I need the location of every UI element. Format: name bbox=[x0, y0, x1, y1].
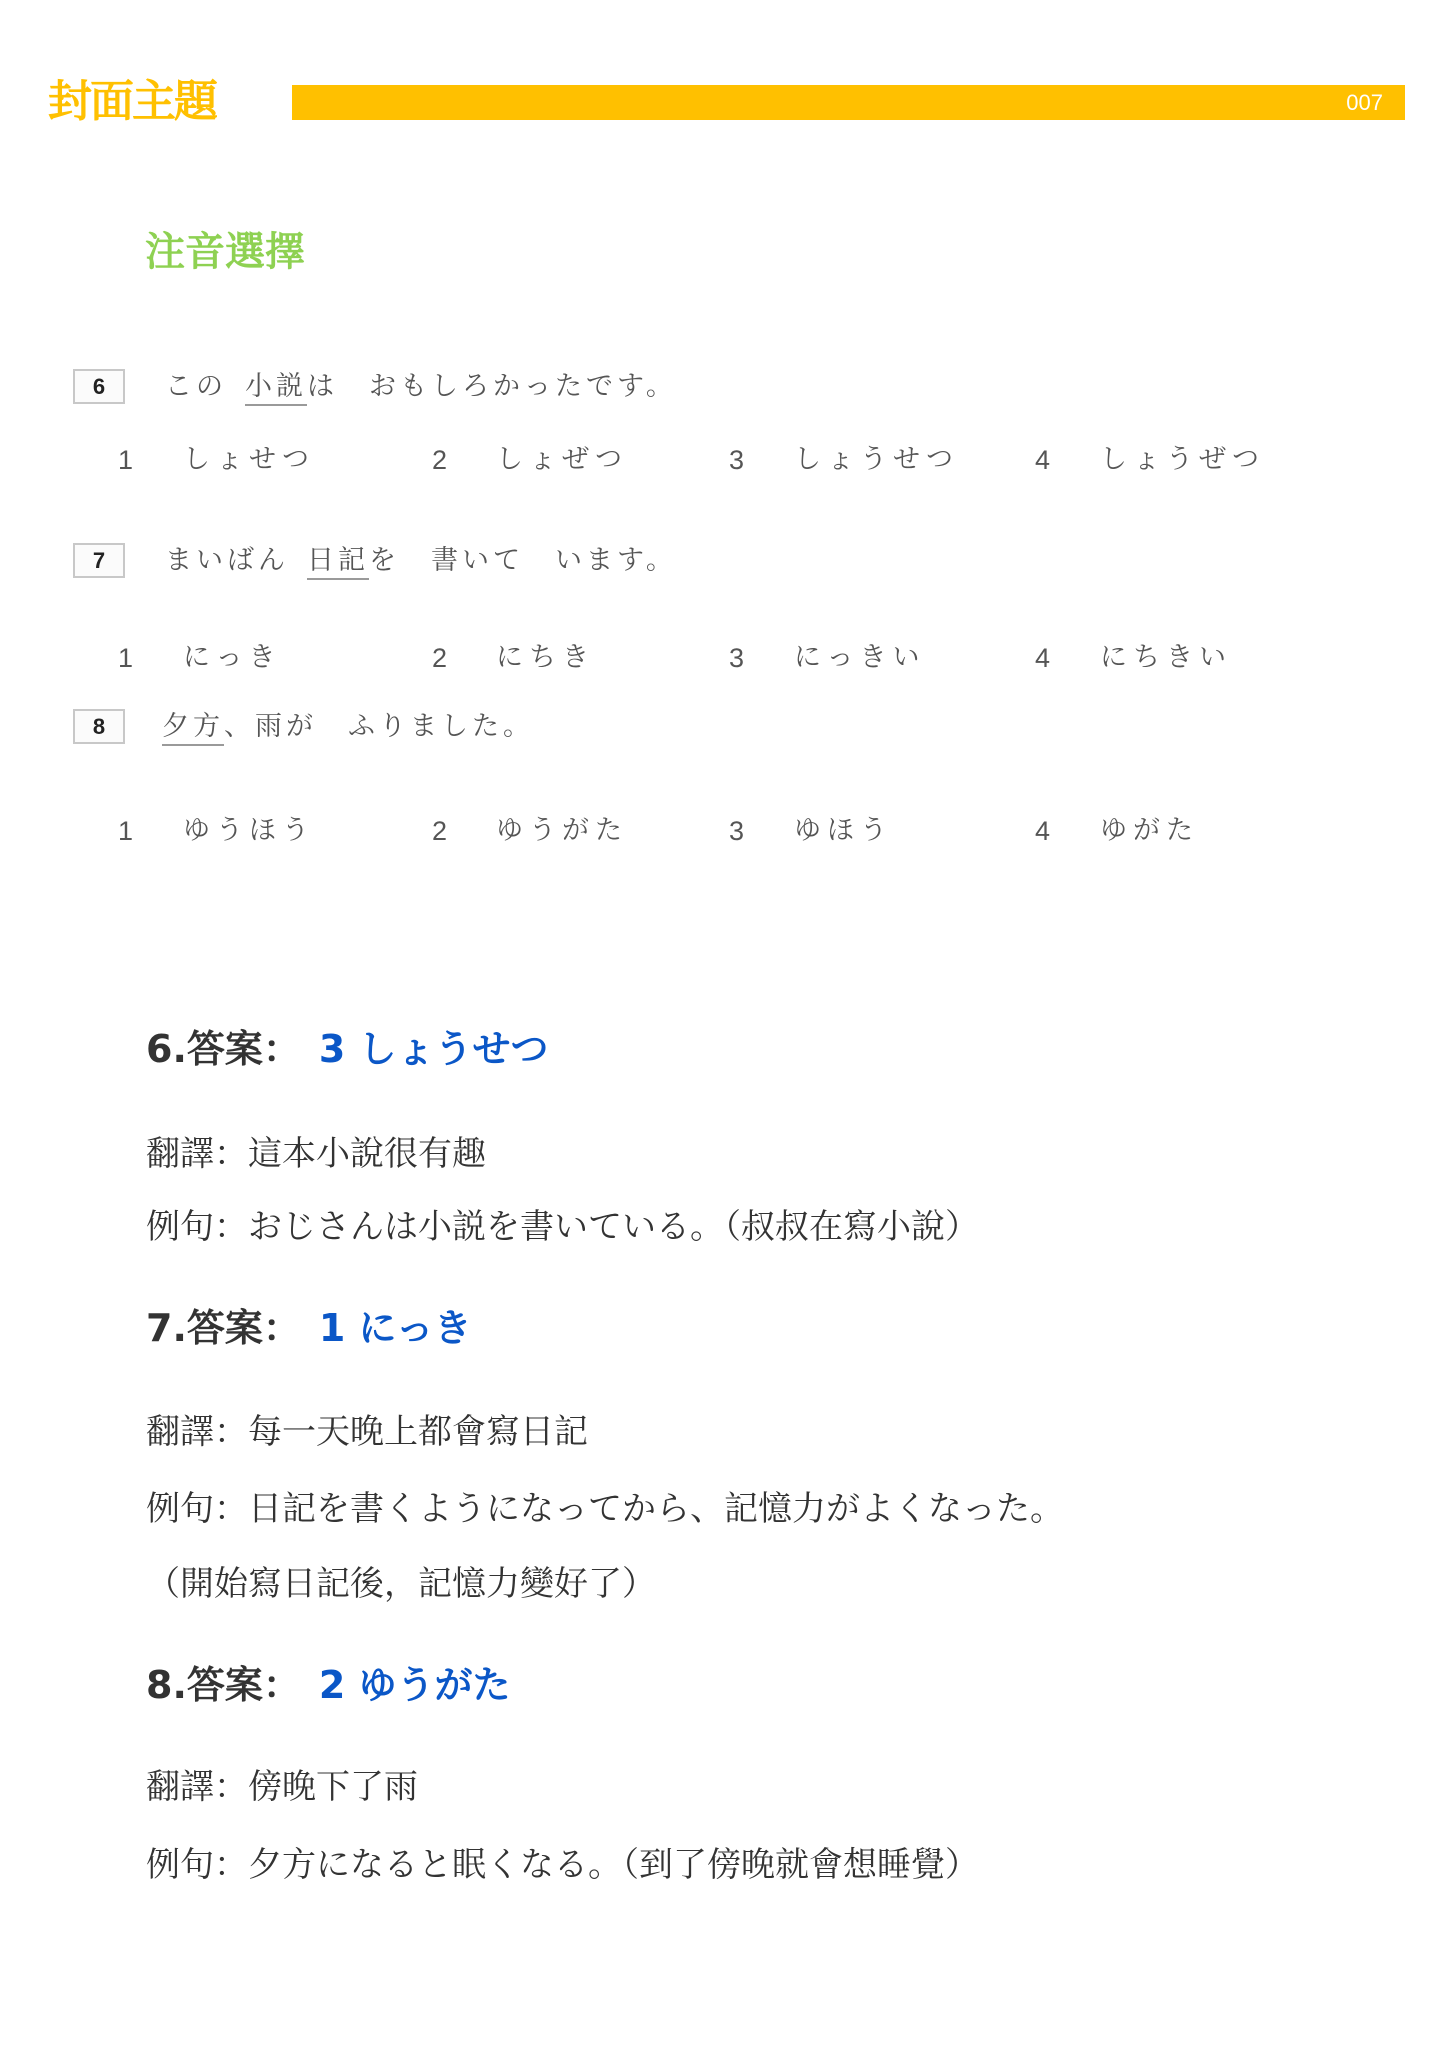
translation-line: 翻譯：傍晚下了雨 bbox=[146, 1765, 418, 1809]
option-text: ゆうほう bbox=[183, 813, 315, 849]
question-text-before: この bbox=[165, 371, 227, 402]
answer-value: 3 しょうせつ bbox=[319, 1027, 549, 1071]
question-text-before: まいばん bbox=[165, 545, 289, 576]
question-text-after: を 書いて います。 bbox=[369, 545, 677, 576]
example-sentence-line: 例句：おじさんは小説を書いている。（叔叔在寫小說） bbox=[146, 1205, 979, 1249]
example-sentence-line: 例句：夕方になると眠くなる。（到了傍晚就會想睡覺） bbox=[146, 1843, 979, 1887]
answer-label: 8.答案： bbox=[146, 1663, 301, 1707]
header-bar: 007 bbox=[292, 85, 1405, 120]
question-number-box: 8 bbox=[73, 709, 125, 744]
option-number: 3 bbox=[729, 813, 744, 849]
question-text-after: 、雨が ふりました。 bbox=[224, 711, 534, 742]
option-text: ゆうがた bbox=[496, 813, 628, 849]
answer-heading: 8.答案：2 ゆうがた bbox=[146, 1661, 511, 1709]
option-number: 3 bbox=[729, 640, 744, 676]
option-text: しょうぜつ bbox=[1100, 442, 1265, 478]
translation-line: 翻譯：這本小說很有趣 bbox=[146, 1132, 486, 1176]
example-sentence-line: 例句：日記を書くようになってから、記憶力がよくなった。 bbox=[146, 1487, 1064, 1531]
option-text: にっきい bbox=[794, 640, 925, 676]
option-number: 1 bbox=[118, 813, 133, 849]
example-translation-line: （開始寫日記後，記憶力變好了） bbox=[146, 1562, 656, 1606]
question-text: 夕方、雨が ふりました。 bbox=[162, 709, 534, 745]
answer-label: 7.答案： bbox=[146, 1306, 301, 1350]
answer-value: 1 にっき bbox=[319, 1306, 472, 1350]
question-number-box: 7 bbox=[73, 543, 125, 578]
question-underlined-word: 夕方 bbox=[162, 711, 224, 746]
question-underlined-word: 日記 bbox=[307, 545, 369, 580]
answer-heading: 7.答案：1 にっき bbox=[146, 1304, 472, 1352]
option-number: 2 bbox=[432, 813, 447, 849]
question-text: まいばん日記を 書いて います。 bbox=[165, 543, 677, 579]
question-text-after: は おもしろかったです。 bbox=[307, 371, 677, 402]
option-number: 1 bbox=[118, 442, 133, 478]
option-number: 4 bbox=[1035, 442, 1050, 478]
option-text: にちき bbox=[496, 640, 595, 676]
option-text: にちきい bbox=[1100, 640, 1232, 676]
option-text: にっき bbox=[183, 640, 281, 676]
option-text: しょうせつ bbox=[794, 442, 959, 478]
option-number: 1 bbox=[118, 640, 133, 676]
section-title: 封面主題 bbox=[48, 76, 216, 128]
option-text: ゆほう bbox=[794, 813, 893, 849]
option-number: 3 bbox=[729, 442, 744, 478]
option-number: 4 bbox=[1035, 640, 1050, 676]
option-number: 2 bbox=[432, 442, 447, 478]
answer-value: 2 ゆうがた bbox=[319, 1663, 511, 1707]
option-text: しょぜつ bbox=[496, 442, 628, 478]
answer-heading: 6.答案：3 しょうせつ bbox=[146, 1025, 549, 1073]
option-number: 2 bbox=[432, 640, 447, 676]
subheading: 注音選擇 bbox=[145, 224, 305, 280]
question-text: この小説は おもしろかったです。 bbox=[165, 369, 677, 405]
question-underlined-word: 小説 bbox=[245, 371, 307, 406]
page-number: 007 bbox=[1346, 90, 1383, 116]
option-text: しょせつ bbox=[183, 442, 315, 478]
question-number-box: 6 bbox=[73, 369, 125, 404]
option-number: 4 bbox=[1035, 813, 1050, 849]
answer-label: 6.答案： bbox=[146, 1027, 301, 1071]
translation-line: 翻譯：每一天晚上都會寫日記 bbox=[146, 1410, 588, 1454]
option-text: ゆがた bbox=[1100, 813, 1199, 849]
